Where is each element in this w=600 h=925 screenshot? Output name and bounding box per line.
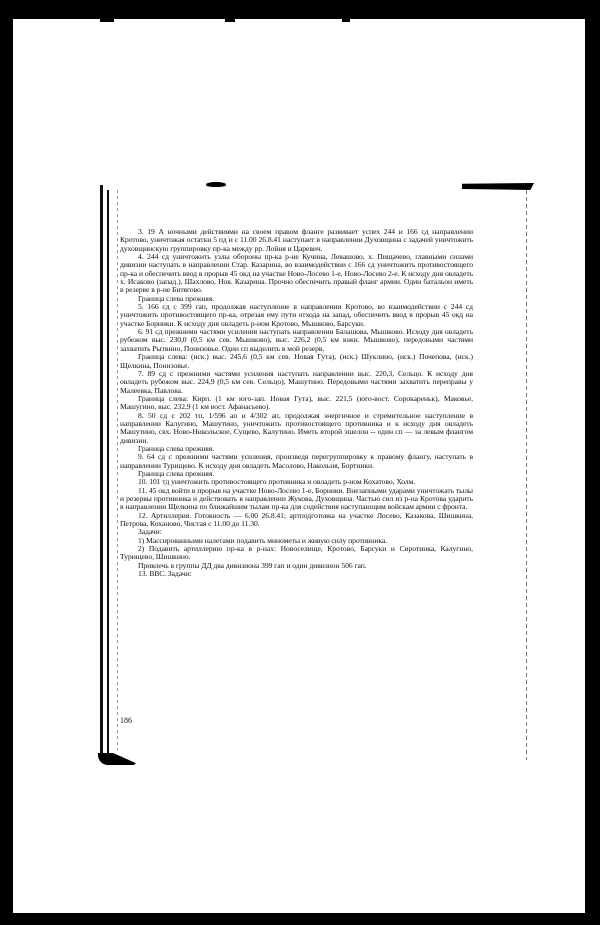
paragraph-9: 9. 64 сд с прежними частями усиления, пр… [120,453,473,470]
boundary-note: Граница слева: (иск.) выс. 245,6 (0,5 км… [120,353,473,370]
binding-rule [100,185,103,760]
paragraph-6: 6. 91 сд прежними частями усиления насту… [120,328,473,353]
paragraph-5: 5. 166 сд с 399 гап, продолжая наступлен… [120,303,473,328]
paragraph-13: 13. ВВС. Задачи: [120,570,473,578]
scan-edge-artifact [225,14,235,22]
paragraph-3: 3. 19 А ночными действиями на своем прав… [120,228,473,253]
task-2: 2) Подавить артиллерию пр-ка в р-нах: Но… [120,545,473,562]
document-body: 3. 19 А ночными действиями на своем прав… [120,228,473,578]
boundary-note: Граница слева: Кирп. (1 км юго-зап. Нова… [120,395,473,412]
binding-rule [107,190,109,760]
ink-blot [206,182,226,187]
paragraph-7: 7. 89 сд с прежними частями усиления нас… [120,370,473,395]
page-number: 186 [120,716,132,725]
paragraph-11: 11. 45 окд войти в прорыв на участке Нов… [120,487,473,512]
paragraph-8: 8. 50 сд с 202 тп, 1/596 ап и 4/302 ап, … [120,412,473,445]
paragraph-4: 4. 244 сд уничтожить узлы обороны пр-ка … [120,253,473,295]
paragraph-12: 12. Артиллерия. Готовность — 6.00 26.8.4… [120,512,473,529]
right-rule-dotted [526,190,527,760]
binding-rule-dotted [117,190,118,750]
scan-edge-artifact [100,14,114,22]
scan-edge-artifact [342,14,350,22]
top-right-bar-mark [462,183,534,190]
